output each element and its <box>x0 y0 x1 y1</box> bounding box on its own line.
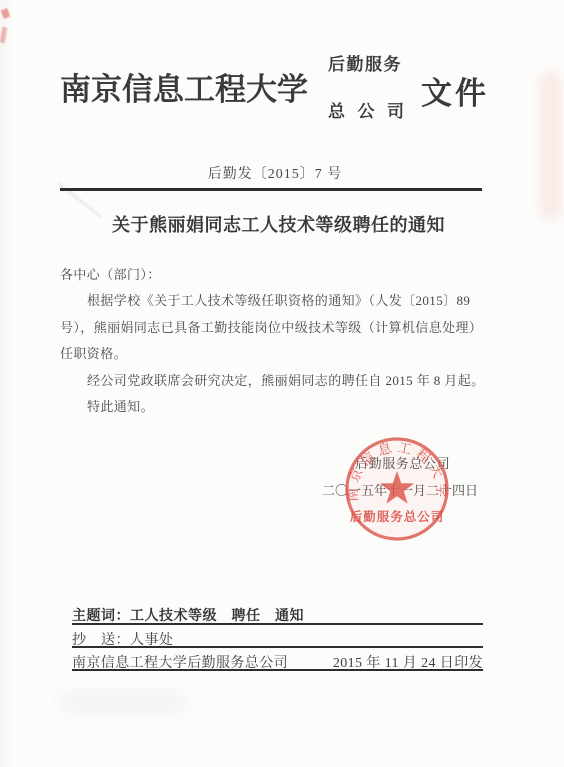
seal-bottom-text: 后勤服务总公司 <box>350 509 445 524</box>
red-mark-artifact <box>1 8 11 19</box>
department-line2: 总公司 <box>328 97 404 122</box>
document-number: 后勤发〔2015〕7 号 <box>0 163 550 183</box>
document-title: 关于熊丽娟同志工人技术等级聘任的通知 <box>0 211 557 237</box>
footer-rule-2 <box>72 646 483 648</box>
gray-smudge-artifact <box>58 690 188 716</box>
department-line1: 后勤服务 <box>328 50 406 75</box>
footer-rule-1 <box>72 623 483 625</box>
header-rule <box>60 188 482 191</box>
body-line: 号），熊丽娟同志已具备工勤技能岗位中级技术等级（计算机信息处理） <box>60 315 508 341</box>
official-seal: 南京信息工程大学 后勤服务总公司 <box>322 414 472 564</box>
footer-rule-3 <box>72 669 483 671</box>
document-body: 各中心（部门）： 根据学校《关于工人技术等级任职资格的通知》（人发〔2015〕8… <box>60 262 508 420</box>
pink-smudge-artifact <box>540 72 562 220</box>
document-word: 文件 <box>421 68 489 113</box>
body-line: 任职资格。 <box>60 341 508 367</box>
body-line: 根据学校《关于工人技术等级任职资格的通知》（人发〔2015〕89 <box>60 288 508 314</box>
footer-subject: 主题词：工人技术等级 聘任 通知 <box>72 605 304 625</box>
body-line: 经公司党政联席会研究决定，熊丽娟同志的聘任自 2015 年 8 月起。 <box>60 368 508 394</box>
red-mark-artifact <box>0 27 7 44</box>
university-name: 南京信息工程大学 <box>60 64 308 109</box>
salutation: 各中心（部门）： <box>60 262 508 288</box>
document-page: 南京信息工程大学 后勤服务 总公司 文件 后勤发〔2015〕7 号 关于熊丽娟同… <box>0 0 564 767</box>
